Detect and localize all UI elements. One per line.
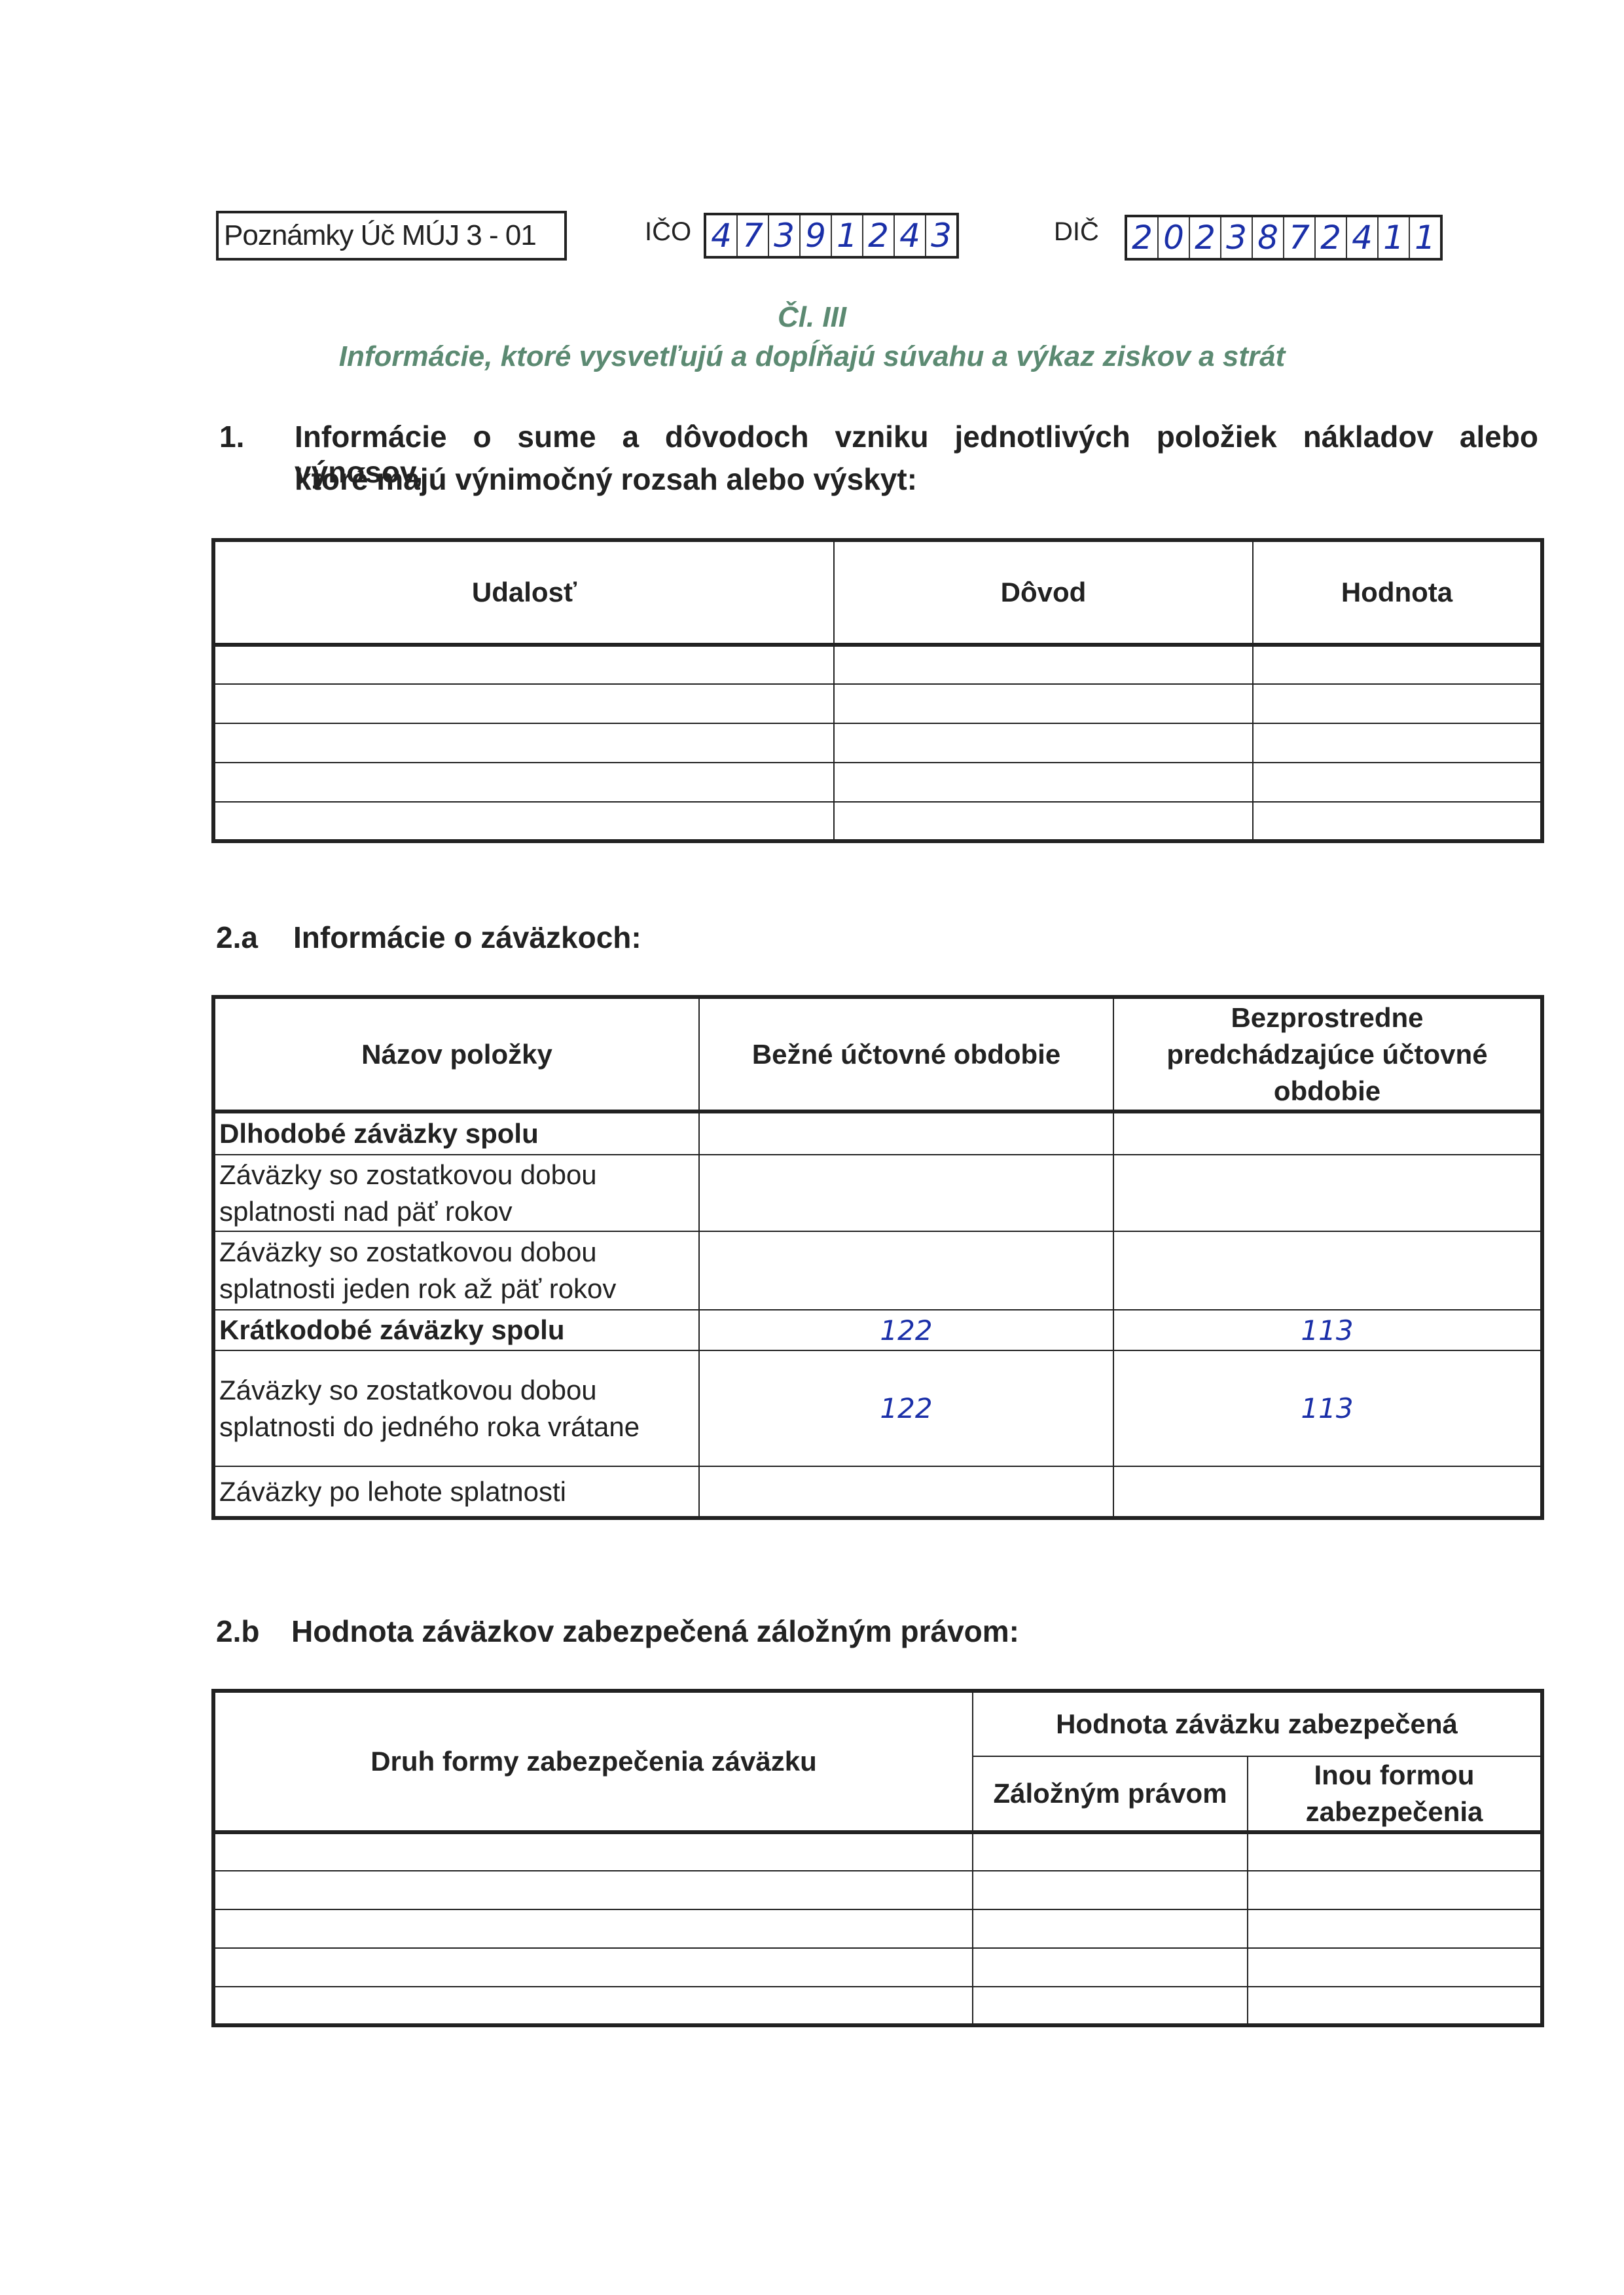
col-header-other-security: Inou formou zabezpečenia [1248, 1756, 1542, 1832]
value-cell[interactable] [1253, 802, 1542, 841]
previous-period-cell[interactable]: 113 [1113, 1350, 1542, 1466]
reason-cell[interactable] [834, 645, 1253, 684]
col-header-security-type: Druh formy zabezpečenia záväzku [213, 1691, 973, 1832]
current-period-cell[interactable]: 122 [699, 1350, 1113, 1466]
ico-digit[interactable]: 3 [926, 215, 956, 256]
table-row [213, 1832, 1542, 1871]
lien-cell[interactable] [973, 1832, 1248, 1871]
other-security-cell[interactable] [1248, 1909, 1542, 1948]
table-row [213, 1871, 1542, 1909]
table-row: Krátkodobé záväzky spolu122113 [213, 1310, 1542, 1350]
lien-cell[interactable] [973, 1909, 1248, 1948]
other-security-cell[interactable] [1248, 1948, 1542, 1987]
col-header-secured-value: Hodnota záväzku zabezpečená [973, 1691, 1542, 1756]
article-subtitle: Informácie, ktoré vysvetľujú a dopĺňajú … [0, 340, 1624, 373]
col-header-lien: Záložným právom [973, 1756, 1248, 1832]
reason-cell[interactable] [834, 763, 1253, 802]
exceptional-items-table: Udalosť Dôvod Hodnota [211, 538, 1544, 843]
previous-period-cell[interactable] [1113, 1155, 1542, 1231]
secured-liabilities-table: Druh formy zabezpečenia záväzku Hodnota … [211, 1689, 1544, 2027]
table-row [213, 645, 1542, 684]
col-header-item-name: Názov položky [213, 997, 699, 1111]
current-period-cell[interactable] [699, 1466, 1113, 1518]
section2b-number: 2.b [216, 1614, 259, 1649]
ico-digit[interactable]: 7 [738, 215, 769, 256]
previous-period-cell[interactable]: 113 [1113, 1310, 1542, 1350]
event-cell[interactable] [213, 645, 834, 684]
reason-cell[interactable] [834, 684, 1253, 723]
value-cell[interactable] [1253, 723, 1542, 763]
ico-label: IČO [645, 217, 691, 247]
table-row: Dlhodobé záväzky spolu [213, 1111, 1542, 1155]
dic-digit[interactable]: 3 [1221, 217, 1253, 258]
ico-digit[interactable]: 1 [832, 215, 863, 256]
other-security-cell[interactable] [1248, 1871, 1542, 1909]
dic-field[interactable]: 2023872411 [1125, 215, 1443, 261]
dic-digit[interactable]: 2 [1316, 217, 1347, 258]
dic-digit[interactable]: 2 [1190, 217, 1221, 258]
section2a-heading: Informácie o záväzkoch: [293, 920, 641, 955]
current-period-cell[interactable] [699, 1111, 1113, 1155]
table-row [213, 802, 1542, 841]
event-cell[interactable] [213, 723, 834, 763]
table-row [213, 1909, 1542, 1948]
table-row: Záväzky so zostatkovou dobou splatnosti … [213, 1350, 1542, 1466]
ico-digit[interactable]: 9 [801, 215, 832, 256]
value-cell[interactable] [1253, 684, 1542, 723]
section1-number: 1. [219, 419, 244, 454]
item-name-cell: Dlhodobé záväzky spolu [213, 1111, 699, 1155]
ico-digit[interactable]: 3 [769, 215, 801, 256]
ico-digit[interactable]: 4 [706, 215, 738, 256]
item-name-cell: Záväzky po lehote splatnosti [213, 1466, 699, 1518]
table-row [213, 763, 1542, 802]
security-type-cell[interactable] [213, 1987, 973, 2025]
col-header-event: Udalosť [213, 540, 834, 645]
item-name-cell: Krátkodobé záväzky spolu [213, 1310, 699, 1350]
item-name-cell: Záväzky so zostatkovou dobou splatnosti … [213, 1350, 699, 1466]
table-row [213, 1987, 1542, 2025]
previous-period-cell[interactable] [1113, 1466, 1542, 1518]
table-row: Záväzky so zostatkovou dobou splatnosti … [213, 1231, 1542, 1310]
security-type-cell[interactable] [213, 1832, 973, 1871]
dic-digit[interactable]: 4 [1347, 217, 1379, 258]
reason-cell[interactable] [834, 802, 1253, 841]
table-row: Záväzky po lehote splatnosti [213, 1466, 1542, 1518]
other-security-cell[interactable] [1248, 1987, 1542, 2025]
table-row [213, 723, 1542, 763]
col-header-reason: Dôvod [834, 540, 1253, 645]
security-type-cell[interactable] [213, 1948, 973, 1987]
event-cell[interactable] [213, 684, 834, 723]
section2a-number: 2.a [216, 920, 258, 955]
col-header-previous-period: Bezprostredne predchádzajúce účtovné obd… [1113, 997, 1542, 1111]
event-cell[interactable] [213, 763, 834, 802]
previous-period-cell[interactable] [1113, 1111, 1542, 1155]
table-row: Záväzky so zostatkovou dobou splatnosti … [213, 1155, 1542, 1231]
ico-digit[interactable]: 4 [895, 215, 926, 256]
section2b-heading: Hodnota záväzkov zabezpečená záložným pr… [291, 1614, 1019, 1649]
previous-period-cell[interactable] [1113, 1231, 1542, 1310]
dic-digit[interactable]: 8 [1253, 217, 1284, 258]
article-title: Čl. III [0, 301, 1624, 334]
dic-digit[interactable]: 0 [1159, 217, 1190, 258]
form-id-box: Poznámky Úč MÚJ 3 - 01 [216, 211, 567, 261]
reason-cell[interactable] [834, 723, 1253, 763]
table-row [213, 1948, 1542, 1987]
ico-field[interactable]: 47391243 [704, 213, 959, 259]
table-row [213, 684, 1542, 723]
value-cell[interactable] [1253, 645, 1542, 684]
dic-digit[interactable]: 1 [1410, 217, 1440, 258]
ico-digit[interactable]: 2 [863, 215, 895, 256]
item-name-cell: Záväzky so zostatkovou dobou splatnosti … [213, 1231, 699, 1310]
event-cell[interactable] [213, 802, 834, 841]
col-header-current-period: Bežné účtovné obdobie [699, 997, 1113, 1111]
current-period-cell[interactable] [699, 1231, 1113, 1310]
col-header-value: Hodnota [1253, 540, 1542, 645]
current-period-cell[interactable] [699, 1155, 1113, 1231]
current-period-cell[interactable]: 122 [699, 1310, 1113, 1350]
section1-heading-line2: ktoré majú výnimočný rozsah alebo výskyt… [295, 461, 917, 497]
dic-label: DIČ [1054, 217, 1099, 247]
other-security-cell[interactable] [1248, 1832, 1542, 1871]
lien-cell[interactable] [973, 1987, 1248, 2025]
lien-cell[interactable] [973, 1948, 1248, 1987]
security-type-cell[interactable] [213, 1871, 973, 1909]
security-type-cell[interactable] [213, 1909, 973, 1948]
dic-digit[interactable]: 7 [1284, 217, 1316, 258]
liabilities-table: Názov položky Bežné účtovné obdobie Bezp… [211, 995, 1544, 1520]
dic-digit[interactable]: 1 [1379, 217, 1410, 258]
dic-digit[interactable]: 2 [1127, 217, 1159, 258]
lien-cell[interactable] [973, 1871, 1248, 1909]
value-cell[interactable] [1253, 763, 1542, 802]
item-name-cell: Záväzky so zostatkovou dobou splatnosti … [213, 1155, 699, 1231]
